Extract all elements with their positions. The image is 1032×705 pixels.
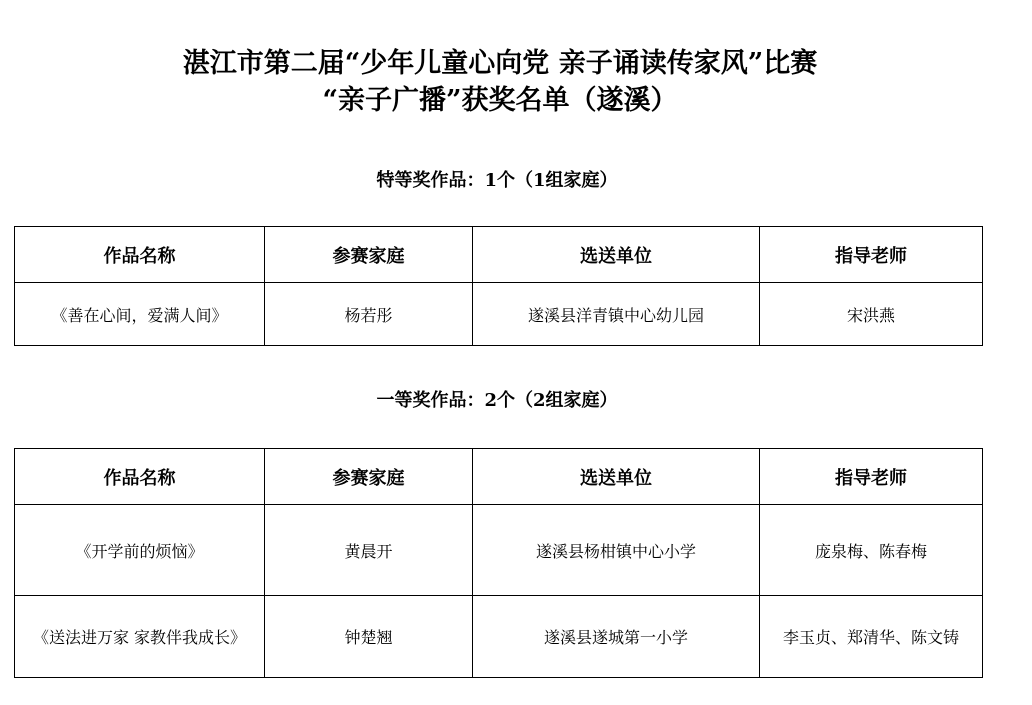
cell-work-title: 《送法进万家 家教伴我成长》 [15, 596, 265, 678]
table-row: 《送法进万家 家教伴我成长》 钟楚翘 遂溪县遂城第一小学 李玉贞、郑清华、陈文铸 [15, 596, 983, 678]
special-prize-table: 作品名称 参赛家庭 选送单位 指导老师 《善在心间，爱满人间》 杨若彤 遂溪县洋… [14, 226, 983, 346]
document-title-line1: 湛江市第二届“少年儿童心向党 亲子诵读传家风”比赛 [0, 41, 1000, 80]
column-header-unit: 选送单位 [473, 449, 760, 505]
column-header-family: 参赛家庭 [265, 449, 473, 505]
column-header-family: 参赛家庭 [265, 227, 473, 283]
cell-work-title: 《开学前的烦恼》 [15, 505, 265, 596]
cell-family: 杨若彤 [265, 283, 473, 346]
column-header-unit: 选送单位 [473, 227, 760, 283]
table-header-row: 作品名称 参赛家庭 选送单位 指导老师 [15, 227, 983, 283]
column-header-work-title: 作品名称 [15, 227, 265, 283]
cell-teacher: 庞泉梅、陈春梅 [760, 505, 983, 596]
document-title-line2: “亲子广播”获奖名单（遂溪） [0, 78, 1000, 117]
column-header-teacher: 指导老师 [760, 449, 983, 505]
cell-family: 黄晨开 [265, 505, 473, 596]
cell-work-title: 《善在心间，爱满人间》 [15, 283, 265, 346]
cell-family: 钟楚翘 [265, 596, 473, 678]
cell-teacher: 李玉贞、郑清华、陈文铸 [760, 596, 983, 678]
first-prize-table: 作品名称 参赛家庭 选送单位 指导老师 《开学前的烦恼》 黄晨开 遂溪县杨柑镇中… [14, 448, 983, 678]
cell-teacher: 宋洪燕 [760, 283, 983, 346]
section-heading-special-prize: 特等奖作品：1个（1组家庭） [0, 166, 994, 192]
cell-unit: 遂溪县洋青镇中心幼儿园 [473, 283, 760, 346]
table-header-row: 作品名称 参赛家庭 选送单位 指导老师 [15, 449, 983, 505]
section-heading-first-prize: 一等奖作品：2个（2组家庭） [0, 386, 994, 412]
column-header-teacher: 指导老师 [760, 227, 983, 283]
cell-unit: 遂溪县杨柑镇中心小学 [473, 505, 760, 596]
table-row: 《开学前的烦恼》 黄晨开 遂溪县杨柑镇中心小学 庞泉梅、陈春梅 [15, 505, 983, 596]
cell-unit: 遂溪县遂城第一小学 [473, 596, 760, 678]
table-row: 《善在心间，爱满人间》 杨若彤 遂溪县洋青镇中心幼儿园 宋洪燕 [15, 283, 983, 346]
column-header-work-title: 作品名称 [15, 449, 265, 505]
